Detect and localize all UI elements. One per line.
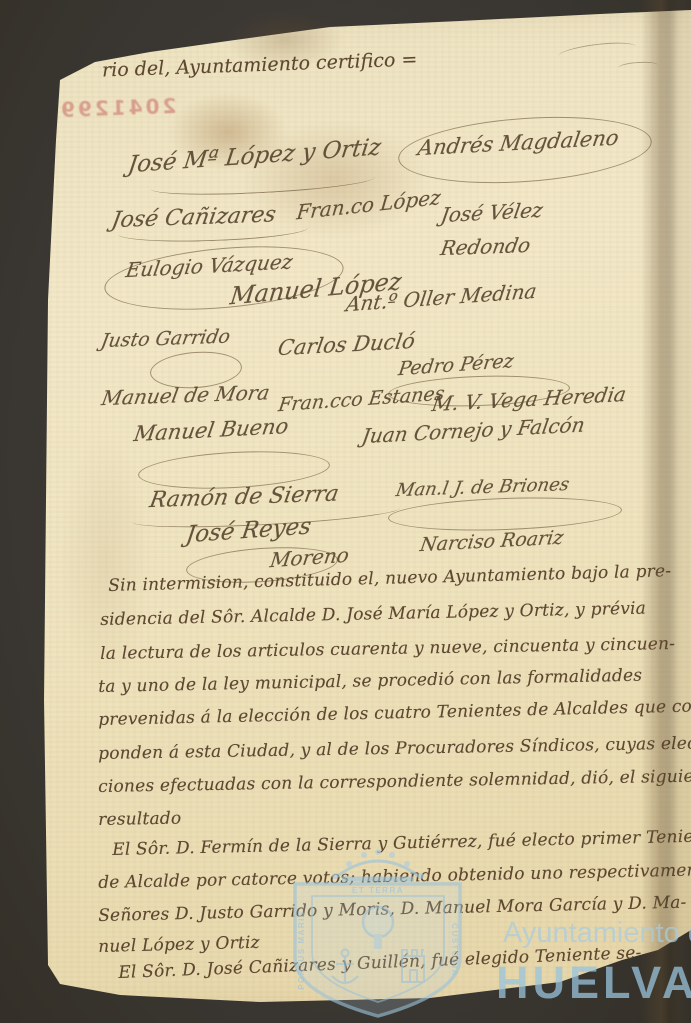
paper-sheet [0,0,691,1023]
mirrored-stamp-number: 2041299 [58,94,177,122]
scanned-manuscript-page: 2041299 rio del, Ayuntamiento certifico … [0,0,691,1023]
